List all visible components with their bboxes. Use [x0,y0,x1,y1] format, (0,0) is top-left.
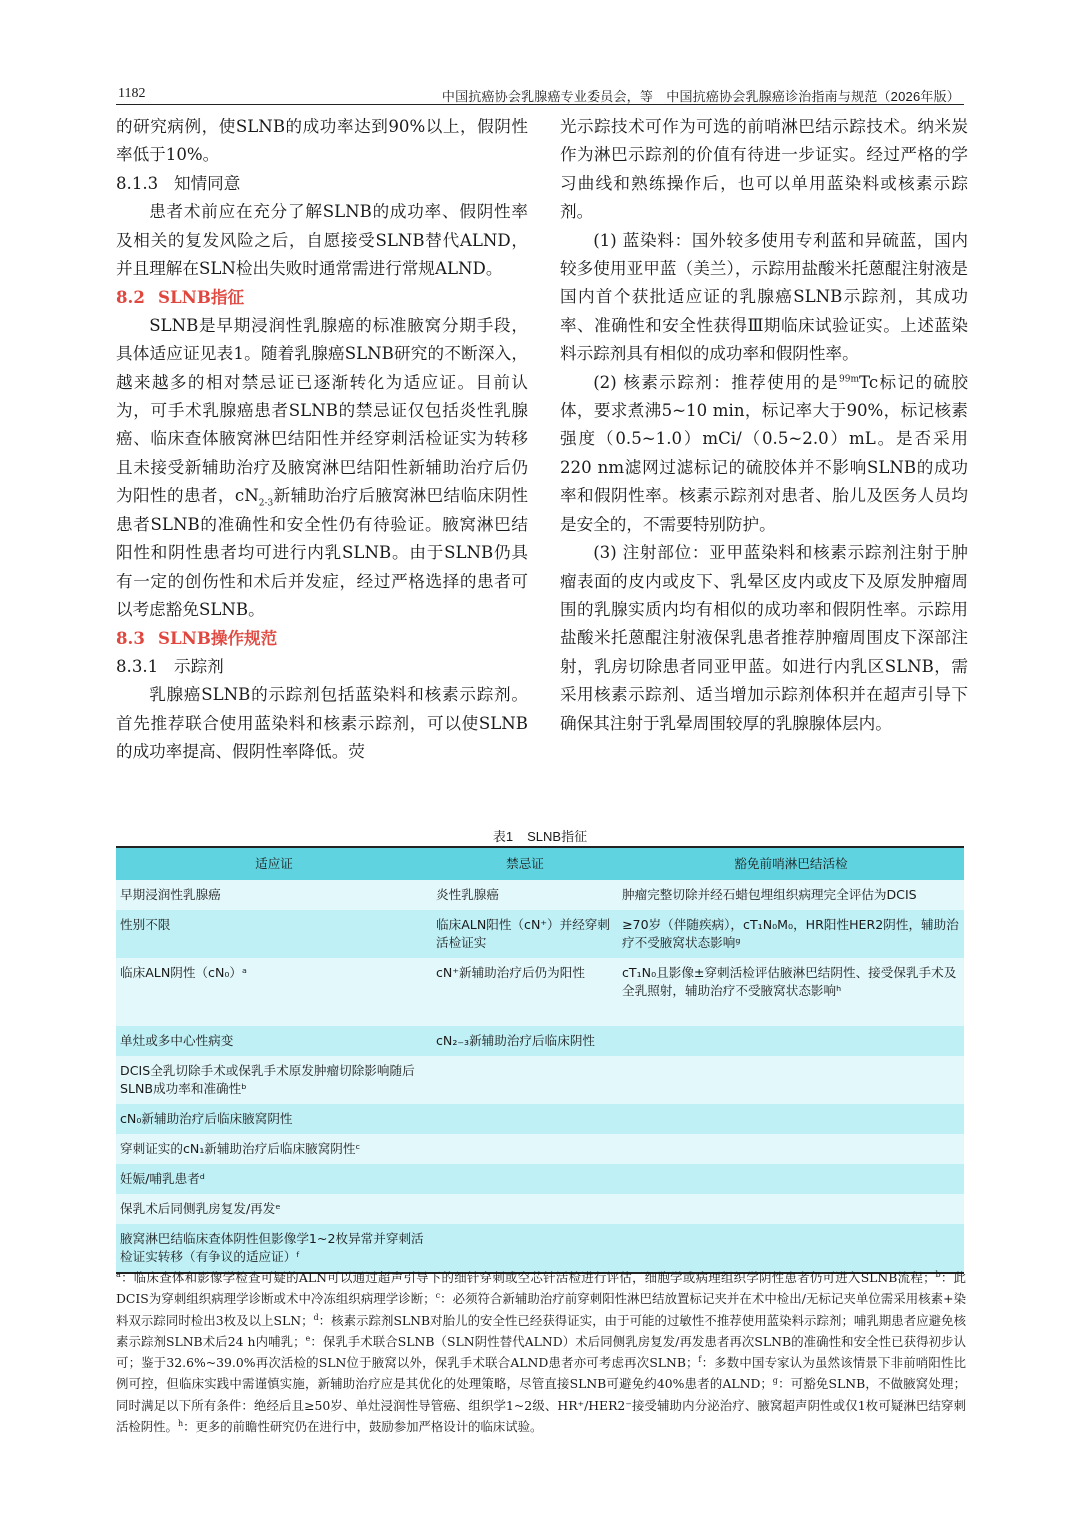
heading-8-3-1: 8.3.1示踪剂 [116,653,528,681]
running-header: 1182 中国抗癌协会乳腺癌专业委员会，等 中国抗癌协会乳腺癌诊治指南与规范（2… [116,84,964,105]
paragraph-tracer: 乳腺癌SLNB的示踪剂包括蓝染料和核素示踪剂。首先推荐联合使用蓝染料和核素示踪剂… [116,681,528,766]
heading-8-3: 8.3SLNB操作规范 [116,624,528,652]
paragraph-informed-consent: 患者术前应在充分了解SLNB的成功率、假阴性率及相关的复发风险之后，自愿接受SL… [116,198,528,283]
table-row: 单灶或多中心性病变cN₂₋₃新辅助治疗后临床阴性 [116,1026,964,1056]
paragraph-indications: SLNB是早期浸润性乳腺癌的标准腋窝分期手段，具体适应证见表1。随着乳腺癌SLN… [116,312,528,624]
table-row: 妊娠/哺乳患者ᵈ [116,1164,964,1194]
paragraph-continued: 的研究病例，使SLNB的成功率达到90%以上，假阴性率低于10%。 [116,113,528,170]
table-row: DCIS全乳切除手术或保乳手术原发肿瘤切除影响随后SLNB成功率和准确性ᵇ [116,1056,964,1104]
paragraph-injection-site: (3) 注射部位：亚甲蓝染料和核素示踪剂注射于肿瘤表面的皮内或皮下、乳晕区皮内或… [560,539,968,738]
running-title: 中国抗癌协会乳腺癌专业委员会，等 中国抗癌协会乳腺癌诊治指南与规范（2026年版… [442,86,960,105]
table-footnotes: a：临床查体和影像学检查可疑的ALN可以通过超声引导下的细针穿刺或空芯针活检进行… [116,1267,966,1437]
footnote-h: ：更多的前瞻性研究仍在进行中，鼓励参加严格设计的临床试验。 [183,1419,542,1434]
column-header: 适应证 [116,847,432,880]
table-row: 保乳术后同侧乳房复发/再发ᵉ [116,1194,964,1224]
column-header: 禁忌证 [432,847,618,880]
table-row: cN₀新辅助治疗后临床腋窝阴性 [116,1104,964,1134]
paragraph-radionuclide: (2) 核素示踪剂：推荐使用的是99mTc标记的硫胶体，要求煮沸5~10 min… [560,369,968,539]
table-caption: 表1SLNB指征 [0,826,1080,845]
paragraph-blue-dye: (1) 蓝染料：国外较多使用专利蓝和异硫蓝，国内较多使用亚甲蓝（美兰），示踪用盐… [560,227,968,369]
table-row: 早期浸润性乳腺癌炎性乳腺癌肿瘤完整切除并经石蜡包埋组织病理完全评估为DCIS [116,880,964,910]
right-column: 光示踪技术可作为可选的前哨淋巴结示踪技术。纳米炭作为淋巴示踪剂的价值有待进一步证… [560,113,968,738]
indications-table: 适应证 禁忌证 豁免前哨淋巴结活检 早期浸润性乳腺癌炎性乳腺癌肿瘤完整切除并经石… [116,846,964,1274]
heading-8-2: 8.2SLNB指征 [116,283,528,311]
table-header-row: 适应证 禁忌证 豁免前哨淋巴结活检 [116,847,964,880]
page-number: 1182 [118,86,145,102]
paragraph-continued: 光示踪技术可作为可选的前哨淋巴结示踪技术。纳米炭作为淋巴示踪剂的价值有待进一步证… [560,113,968,227]
left-column: 的研究病例，使SLNB的成功率达到90%以上，假阴性率低于10%。 8.1.3知… [116,113,528,766]
heading-8-1-3: 8.1.3知情同意 [116,170,528,198]
table-row: 腋窝淋巴结临床查体阴性但影像学1~2枚异常并穿刺活检证实转移（有争议的适应证）ᶠ [116,1224,964,1273]
table-row: 穿刺证实的cN₁新辅助治疗后临床腋窝阴性ᶜ [116,1134,964,1164]
column-header: 豁免前哨淋巴结活检 [618,847,964,880]
footnote-a: ：临床查体和影像学检查可疑的ALN可以通过超声引导下的细针穿刺或空芯针活检进行评… [121,1270,936,1285]
table-row: 性别不限临床ALN阳性（cN⁺）并经穿刺活检证实≥70岁（伴随疾病），cT₁N₀… [116,910,964,958]
table-row: 临床ALN阴性（cN₀）ᵃcN⁺新辅助治疗后仍为阳性cT₁N₀且影像±穿刺活检评… [116,958,964,1026]
